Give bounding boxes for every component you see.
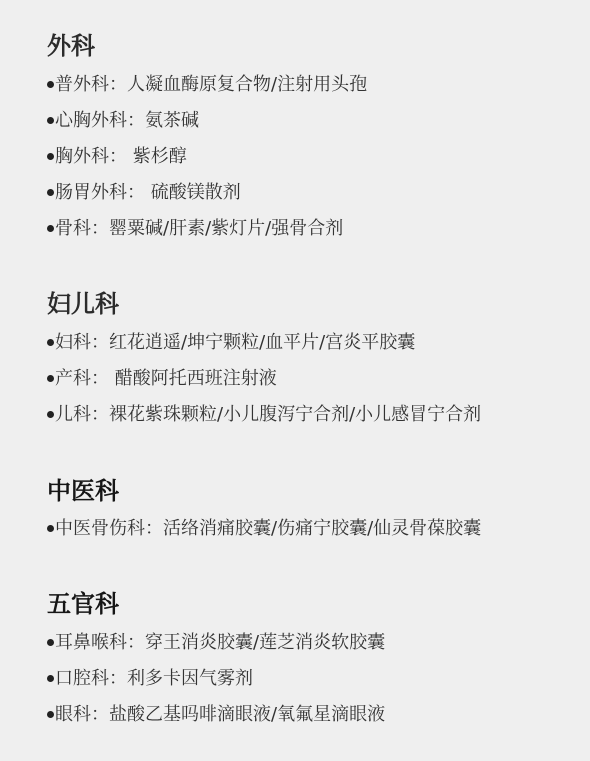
section-title: 五官科 — [47, 589, 385, 619]
bullet-icon — [47, 189, 54, 196]
list-item: 普外科：人凝血酶原复合物/注射用头孢 — [47, 67, 367, 103]
department-label: 普外科 — [55, 74, 109, 95]
separator: ： — [91, 218, 109, 239]
bullet-icon — [47, 675, 54, 682]
list-item: 骨科：罂粟碱/肝素/紫灯片/强骨合剂 — [47, 211, 367, 247]
drug-names: 醋酸阿托西班注射液 — [109, 368, 277, 389]
separator: ： — [109, 668, 127, 689]
section-ent-ophthalmology: 五官科 耳鼻喉科：穿王消炎胶囊/莲芝消炎软胶囊 口腔科：利多卡因气雾剂 眼科：盐… — [47, 589, 385, 733]
list-item: 口腔科：利多卡因气雾剂 — [47, 661, 385, 697]
bullet-icon — [47, 639, 54, 646]
department-label: 口腔科 — [55, 668, 109, 689]
department-label: 耳鼻喉科 — [55, 632, 127, 653]
list-item: 眼科：盐酸乙基吗啡滴眼液/氧氟星滴眼液 — [47, 697, 385, 733]
section-title: 外科 — [47, 31, 367, 61]
separator: ： — [127, 632, 145, 653]
drug-list: 妇科：红花逍遥/坤宁颗粒/血平片/宫炎平胶囊 产科： 醋酸阿托西班注射液 儿科：… — [47, 325, 481, 433]
list-item: 产科： 醋酸阿托西班注射液 — [47, 361, 481, 397]
department-label: 眼科 — [55, 704, 91, 725]
bullet-icon — [47, 225, 54, 232]
list-item: 耳鼻喉科：穿王消炎胶囊/莲芝消炎软胶囊 — [47, 625, 385, 661]
bullet-icon — [47, 711, 54, 718]
drug-list: 普外科：人凝血酶原复合物/注射用头孢 心胸外科：氨茶碱 胸外科： 紫杉醇 肠胃外… — [47, 67, 367, 247]
drug-names: 罂粟碱/肝素/紫灯片/强骨合剂 — [109, 218, 343, 239]
drug-names: 人凝血酶原复合物/注射用头孢 — [127, 74, 367, 95]
list-item: 妇科：红花逍遥/坤宁颗粒/血平片/宫炎平胶囊 — [47, 325, 481, 361]
department-label: 胸外科 — [55, 146, 109, 167]
department-label: 产科 — [55, 368, 91, 389]
department-label: 妇科 — [55, 332, 91, 353]
section-tcm: 中医科 中医骨伤科：活络消痛胶囊/伤痛宁胶囊/仙灵骨葆胶囊 — [47, 476, 481, 547]
section-title: 中医科 — [47, 476, 481, 506]
drug-names: 穿王消炎胶囊/莲芝消炎软胶囊 — [145, 632, 385, 653]
separator: ： — [109, 74, 127, 95]
drug-names: 活络消痛胶囊/伤痛宁胶囊/仙灵骨葆胶囊 — [163, 518, 481, 539]
department-label: 儿科 — [55, 404, 91, 425]
bullet-icon — [47, 153, 54, 160]
drug-names: 裸花紫珠颗粒/小儿腹泻宁合剂/小儿感冒宁合剂 — [109, 404, 481, 425]
drug-names: 紫杉醇 — [127, 146, 187, 167]
list-item: 肠胃外科： 硫酸镁散剂 — [47, 175, 367, 211]
drug-names: 硫酸镁散剂 — [145, 182, 241, 203]
list-item: 心胸外科：氨茶碱 — [47, 103, 367, 139]
separator: ： — [91, 704, 109, 725]
drug-names: 红花逍遥/坤宁颗粒/血平片/宫炎平胶囊 — [109, 332, 415, 353]
drug-names: 利多卡因气雾剂 — [127, 668, 253, 689]
department-label: 心胸外科 — [55, 110, 127, 131]
department-label: 骨科 — [55, 218, 91, 239]
drug-names: 盐酸乙基吗啡滴眼液/氧氟星滴眼液 — [109, 704, 385, 725]
section-title: 妇儿科 — [47, 289, 481, 319]
section-obgyn-pediatrics: 妇儿科 妇科：红花逍遥/坤宁颗粒/血平片/宫炎平胶囊 产科： 醋酸阿托西班注射液… — [47, 289, 481, 433]
separator: ： — [91, 404, 109, 425]
separator: ： — [91, 368, 109, 389]
separator: ： — [127, 182, 145, 203]
bullet-icon — [47, 339, 54, 346]
bullet-icon — [47, 375, 54, 382]
section-surgery: 外科 普外科：人凝血酶原复合物/注射用头孢 心胸外科：氨茶碱 胸外科： 紫杉醇 … — [47, 31, 367, 247]
drug-list: 耳鼻喉科：穿王消炎胶囊/莲芝消炎软胶囊 口腔科：利多卡因气雾剂 眼科：盐酸乙基吗… — [47, 625, 385, 733]
separator: ： — [145, 518, 163, 539]
drug-list: 中医骨伤科：活络消痛胶囊/伤痛宁胶囊/仙灵骨葆胶囊 — [47, 511, 481, 547]
list-item: 胸外科： 紫杉醇 — [47, 139, 367, 175]
drug-names: 氨茶碱 — [145, 110, 199, 131]
bullet-icon — [47, 411, 54, 418]
list-item: 儿科：裸花紫珠颗粒/小儿腹泻宁合剂/小儿感冒宁合剂 — [47, 397, 481, 433]
separator: ： — [109, 146, 127, 167]
bullet-icon — [47, 81, 54, 88]
separator: ： — [91, 332, 109, 353]
list-item: 中医骨伤科：活络消痛胶囊/伤痛宁胶囊/仙灵骨葆胶囊 — [47, 511, 481, 547]
separator: ： — [127, 110, 145, 131]
department-label: 肠胃外科 — [55, 182, 127, 203]
bullet-icon — [47, 117, 54, 124]
bullet-icon — [47, 525, 54, 532]
department-label: 中医骨伤科 — [55, 518, 145, 539]
